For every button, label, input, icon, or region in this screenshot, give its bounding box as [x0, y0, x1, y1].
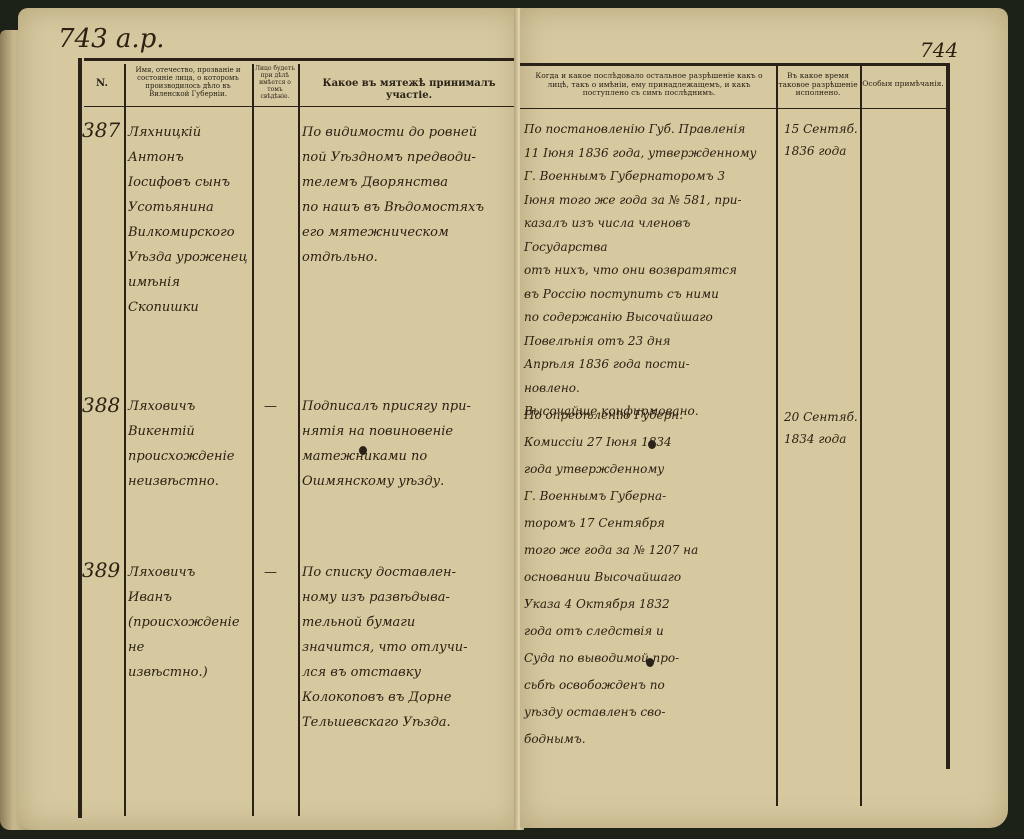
row-name: Ляхницкій Антонъ Іосифовъ сынъ Усотьянин… — [128, 120, 252, 320]
row-number: 387 — [82, 118, 120, 142]
header-col-notes: Особыя примѣчанія. — [862, 80, 944, 89]
header-top-rule — [520, 63, 948, 66]
row-role: Подписалъ присягу при- нятія на повинове… — [302, 394, 518, 494]
row-number: 389 — [82, 558, 120, 582]
left-folio-number: 743 a.p. — [58, 24, 165, 54]
header-top-rule — [84, 58, 518, 61]
col-divider — [124, 64, 126, 816]
right-border — [946, 63, 950, 769]
right-folio-number: 744 — [920, 38, 958, 62]
header-col-executed: Въ какое время таковое разрѣшеніе исполн… — [778, 72, 858, 98]
col-divider — [860, 66, 862, 806]
ink-blot — [648, 440, 656, 449]
left-page: 743 a.p. N. Имя, отечество, прозваніе и … — [18, 8, 520, 830]
row-resolution: По постановленію Губ. Правленія 11 Іюня … — [524, 118, 776, 424]
row-role: По списку доставлен- ному изъ развѣдыва-… — [302, 560, 518, 735]
row-name: Ляховичъ Викентій происхожденіе неизвѣст… — [128, 394, 252, 494]
left-border — [78, 58, 82, 818]
header-bottom-rule — [520, 108, 948, 109]
row-executed: 20 Сентяб. 1834 года — [784, 406, 860, 450]
ink-blot — [359, 446, 367, 455]
col-divider — [298, 64, 300, 816]
header-col-number: N. — [82, 78, 122, 90]
row-role: По видимости до ровней пой Уѣздномъ пред… — [302, 120, 518, 270]
header-col-role: Какое въ мятежѣ принималъ участіе. — [300, 78, 518, 101]
row-presence: — — [264, 560, 298, 585]
right-page: 744 Когда и какое послѣдовало остальное … — [520, 8, 1008, 828]
header-col-name: Имя, отечество, прозваніе и состояніе ли… — [126, 66, 250, 98]
row-resolution: По опредѣленію Губерн. Комиссіи 27 Іюня … — [524, 402, 776, 753]
header-col-resolution: Когда и какое послѣдовало остальное разр… — [524, 72, 774, 98]
ink-blot — [646, 658, 654, 667]
col-divider — [776, 66, 778, 806]
header-bottom-rule — [84, 106, 518, 107]
col-divider — [252, 64, 254, 816]
header-col-presence: Лицо будетъ при дѣлѣ имѣется о томъ свѣд… — [254, 66, 296, 100]
row-presence: — — [264, 394, 298, 419]
row-name: Ляховичъ Иванъ (происхожденіе не извѣстн… — [128, 560, 252, 685]
row-number: 388 — [82, 393, 120, 417]
row-executed: 15 Сентяб. 1836 года — [784, 118, 860, 162]
